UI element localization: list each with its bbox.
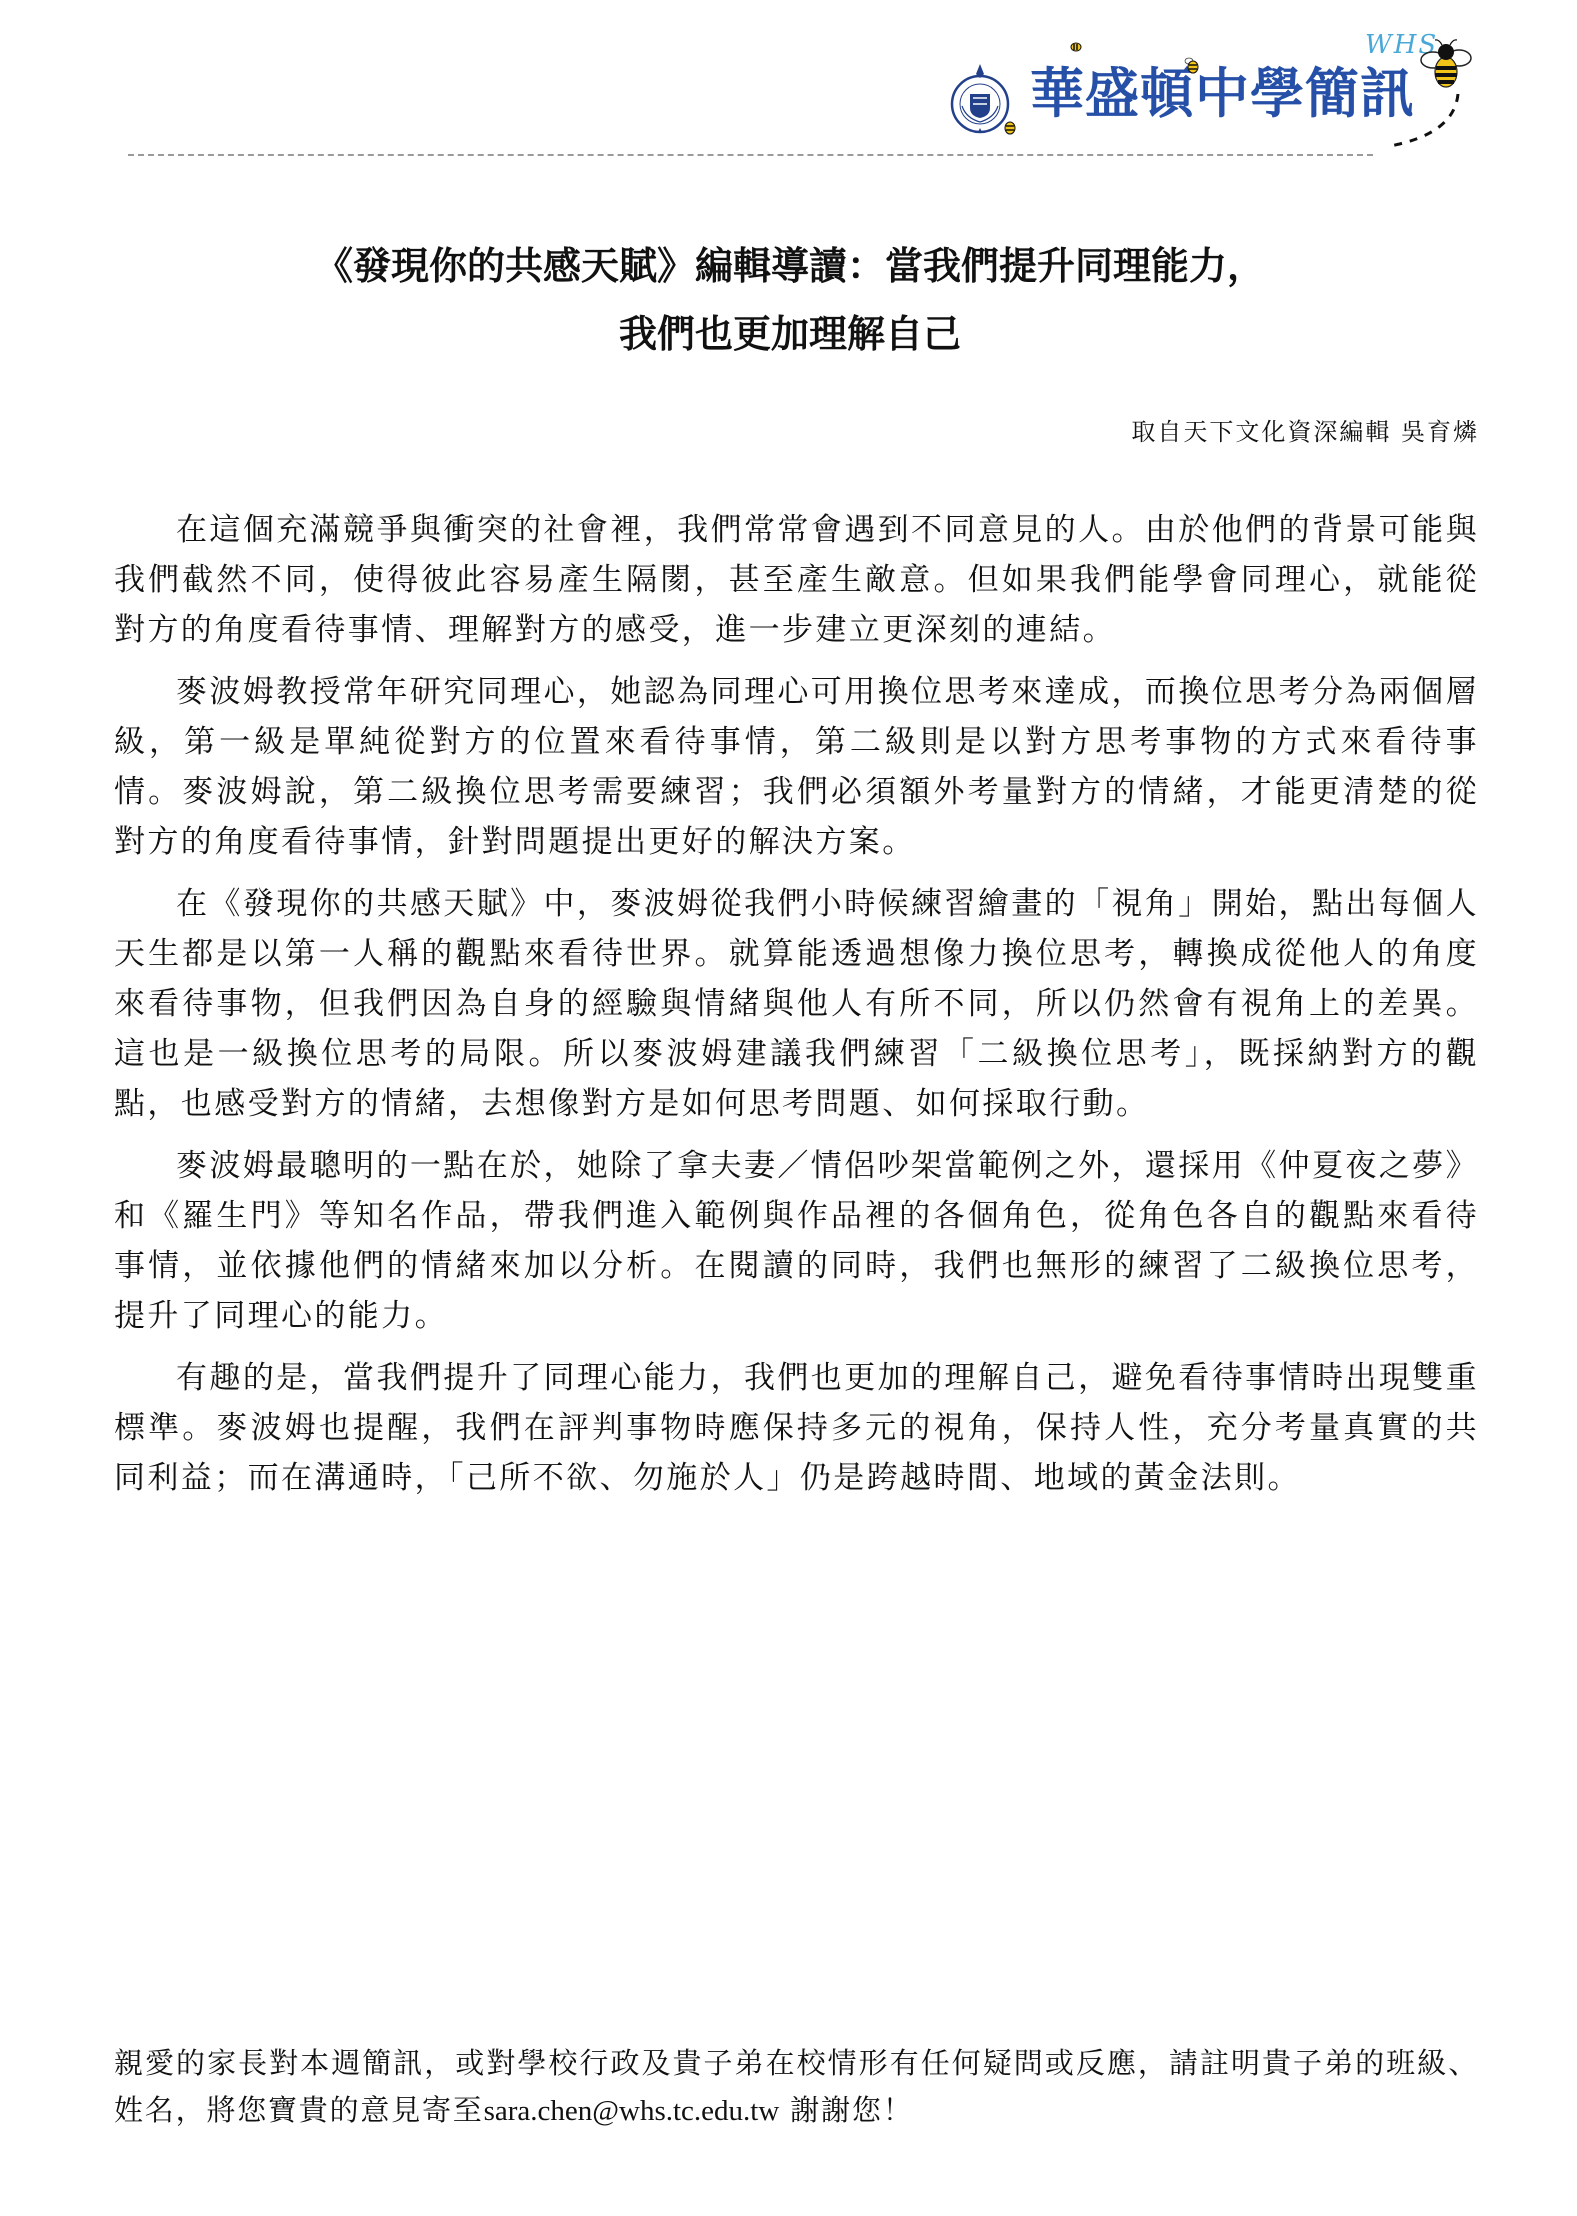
- article-paragraph: 有趣的是，當我們提升了同理心能力，我們也更加的理解自己，避免看待事情時出現雙重標…: [114, 1353, 1479, 1503]
- article-paragraph: 麥波姆最聰明的一點在於，她除了拿夫妻／情侶吵架當範例之外，還採用《仲夏夜之夢》和…: [114, 1141, 1479, 1341]
- article-paragraph: 在《發現你的共感天賦》中，麥波姆從我們小時候練習繪畫的「視角」開始，點出每個人天…: [114, 879, 1479, 1129]
- article-body: 在這個充滿競爭與衝突的社會裡，我們常常會遇到不同意見的人。由於他們的背景可能與我…: [114, 505, 1479, 1515]
- thank-you-text: 謝謝您！: [779, 2093, 913, 2127]
- bee-icon: [1068, 38, 1084, 54]
- header-divider: [128, 154, 1373, 156]
- article-byline: 取自天下文化資深編輯 吳育燐: [1131, 412, 1479, 447]
- bee-icon: [1418, 38, 1474, 94]
- bee-icon: [1183, 55, 1201, 75]
- article-title-line-2: 我們也更加理解自己: [100, 300, 1480, 368]
- newsletter-masthead: 華盛頓中學簡訊: [1030, 62, 1415, 126]
- article-paragraph: 在這個充滿競爭與衝突的社會裡，我們常常會遇到不同意見的人。由於他們的背景可能與我…: [114, 505, 1479, 655]
- parent-feedback-note: 親愛的家長對本週簡訊，或對學校行政及貴子弟在校情形有任何疑問或反應，請註明貴子弟…: [114, 2040, 1479, 2135]
- article-title-line-1: 《發現你的共感天賦》編輯導讀：當我們提升同理能力，: [100, 232, 1480, 300]
- article-paragraph: 麥波姆教授常年研究同理心，她認為同理心可用換位思考來達成，而換位思考分為兩個層級…: [114, 667, 1479, 867]
- feedback-email-link[interactable]: sara.chen@whs.tc.edu.tw: [484, 2095, 780, 2127]
- bee-icon: [1002, 118, 1018, 136]
- bee-trail-decoration: [1380, 90, 1480, 150]
- newsletter-header: 華盛頓中學簡訊 WHS: [0, 0, 1577, 160]
- article-title: 《發現你的共感天賦》編輯導讀：當我們提升同理能力， 我們也更加理解自己: [100, 232, 1480, 368]
